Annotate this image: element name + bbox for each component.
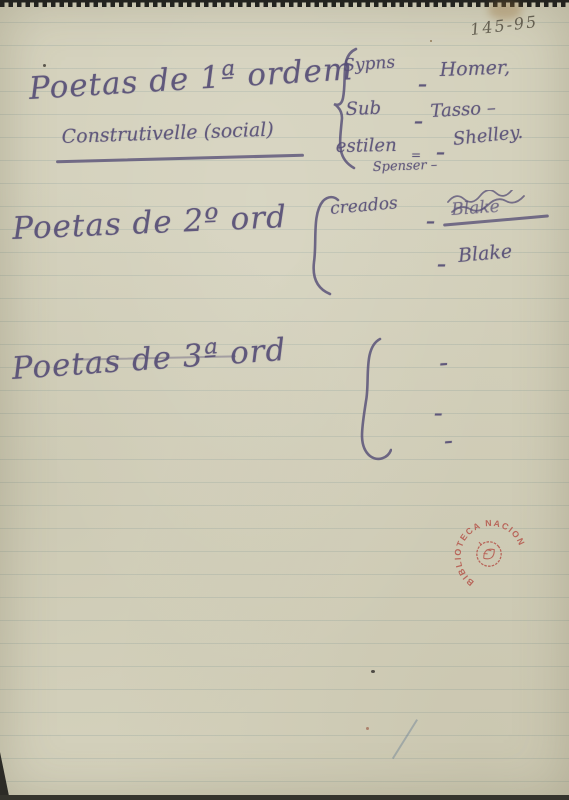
manuscript-page: 145-95 Poetas de 1ª ordem Construtivelle… [0, 0, 569, 800]
entry-dash: – [434, 406, 443, 423]
entry-dash: – [426, 213, 435, 231]
entry-dash: – [444, 433, 454, 451]
archive-number: 145-95 [469, 12, 539, 39]
ink-speck [43, 64, 46, 67]
library-stamp: BIBLIOTECA NACIONAL [434, 499, 544, 609]
entry-label: estilen [336, 137, 397, 156]
entry-name: Shelley. [452, 124, 524, 149]
entry-label: creados [330, 195, 399, 218]
scribble-overlay [446, 190, 548, 218]
paper-scratch [392, 719, 418, 759]
entry-name: Tasso – [430, 100, 496, 121]
entry-dash: – [414, 113, 423, 131]
stamp-text: BIBLIOTECA NACIONAL [434, 499, 529, 594]
entry-label: Sypns [343, 54, 396, 75]
ink-speck [371, 670, 375, 673]
entry-name: Blake [457, 242, 513, 266]
section2-heading: Poetas de 2º ord [12, 202, 288, 245]
subheading-underline [56, 154, 304, 163]
brace-3-stroke [350, 336, 392, 466]
section1-subheading: Construtivelle (social) [61, 121, 274, 147]
entry-dash: – [418, 76, 427, 94]
folded-corner [0, 752, 9, 796]
section1-heading: Poetas de 1ª ordem [28, 54, 354, 105]
stamp-emblem-ring [472, 537, 506, 571]
entry-label: Sub [345, 100, 381, 119]
page-bottom-edge [0, 795, 569, 800]
entry-name: Homer, [439, 59, 510, 80]
entry-label: Spenser – [373, 159, 438, 174]
section3-heading: Poetas de 3ª ord [11, 335, 287, 385]
paper-speck [366, 727, 369, 730]
entry-dash: – [437, 256, 446, 274]
torn-paper-edge [0, 0, 569, 7]
entry-dash: – [439, 355, 449, 373]
svg-text:BIBLIOTECA NACIONAL: BIBLIOTECA NACIONAL [434, 499, 529, 594]
paper-speck [430, 40, 432, 42]
